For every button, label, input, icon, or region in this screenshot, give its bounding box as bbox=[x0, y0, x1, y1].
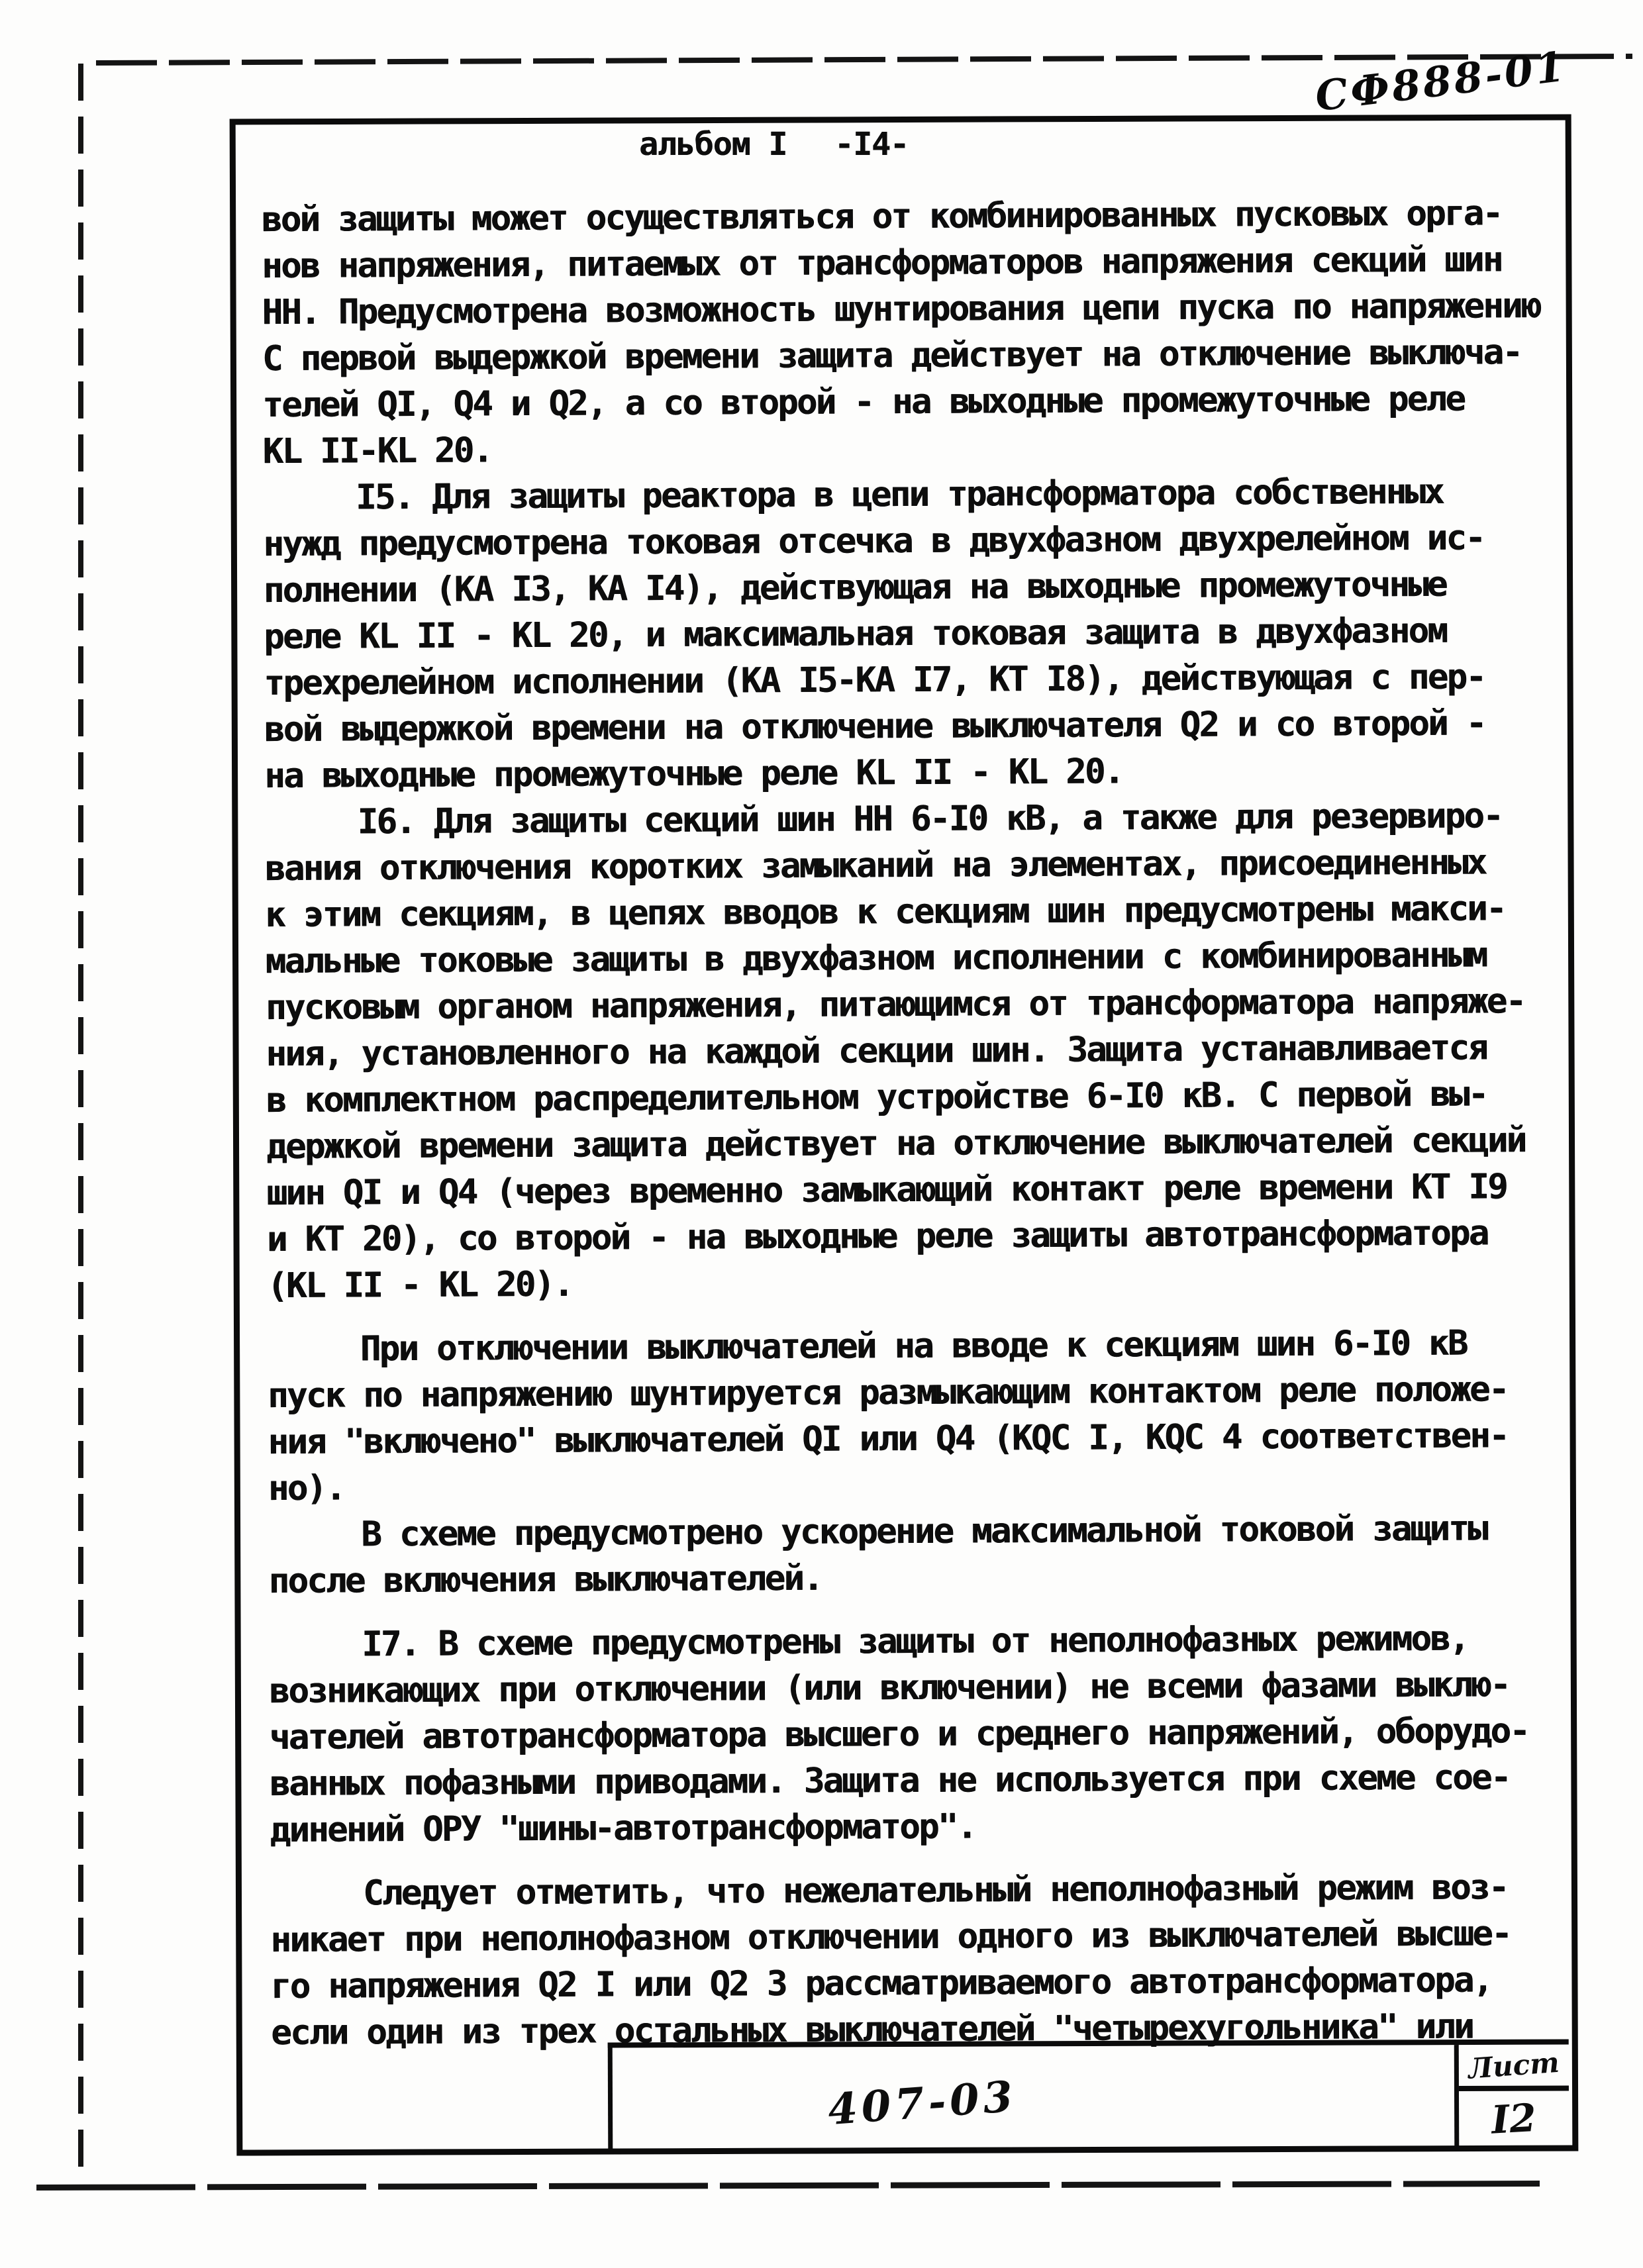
paragraph: вой защиты может осуществляться от комби… bbox=[262, 190, 1556, 475]
paragraph: I7. В схеме предусмотрены защиты от непо… bbox=[269, 1615, 1563, 1853]
bottom-edge-dashed-line bbox=[36, 2181, 1540, 2191]
sheet-label-cell: Лист bbox=[1459, 2044, 1569, 2091]
left-binding-dashed-line bbox=[78, 64, 83, 2183]
paragraph: I6. Для защиты секций шин НН 6-I0 кВ, а … bbox=[264, 793, 1560, 1309]
document-title: альбом I -I4- bbox=[639, 126, 909, 163]
handwritten-code: СФ888-01 bbox=[1313, 39, 1595, 121]
sheet-box: Лист I2 bbox=[1454, 2044, 1569, 2146]
sheet-label: Лист bbox=[1467, 2046, 1560, 2085]
sheet-number-cell: I2 bbox=[1459, 2091, 1569, 2146]
page-number: -I4- bbox=[834, 126, 909, 163]
body-text: вой защиты может осуществляться от комби… bbox=[262, 190, 1564, 2056]
document-number: 407-03 bbox=[826, 2072, 1019, 2136]
paragraph: I5. Для защиты реактора в цепи трансформ… bbox=[263, 468, 1558, 799]
title-block: 407-03 Лист I2 bbox=[608, 2039, 1569, 2149]
paragraph: При отключении выключателей на вводе к с… bbox=[268, 1320, 1561, 1512]
sheet-number: I2 bbox=[1491, 2095, 1538, 2142]
scanned-document-page: СФ888-01 альбом I -I4- вой защиты может … bbox=[0, 0, 1643, 2268]
album-label: альбом I bbox=[639, 126, 787, 163]
paragraph: Следует отметить, что нежелательный непо… bbox=[270, 1864, 1564, 2056]
paragraph: В схеме предусмотрено ускорение максимал… bbox=[268, 1505, 1562, 1604]
